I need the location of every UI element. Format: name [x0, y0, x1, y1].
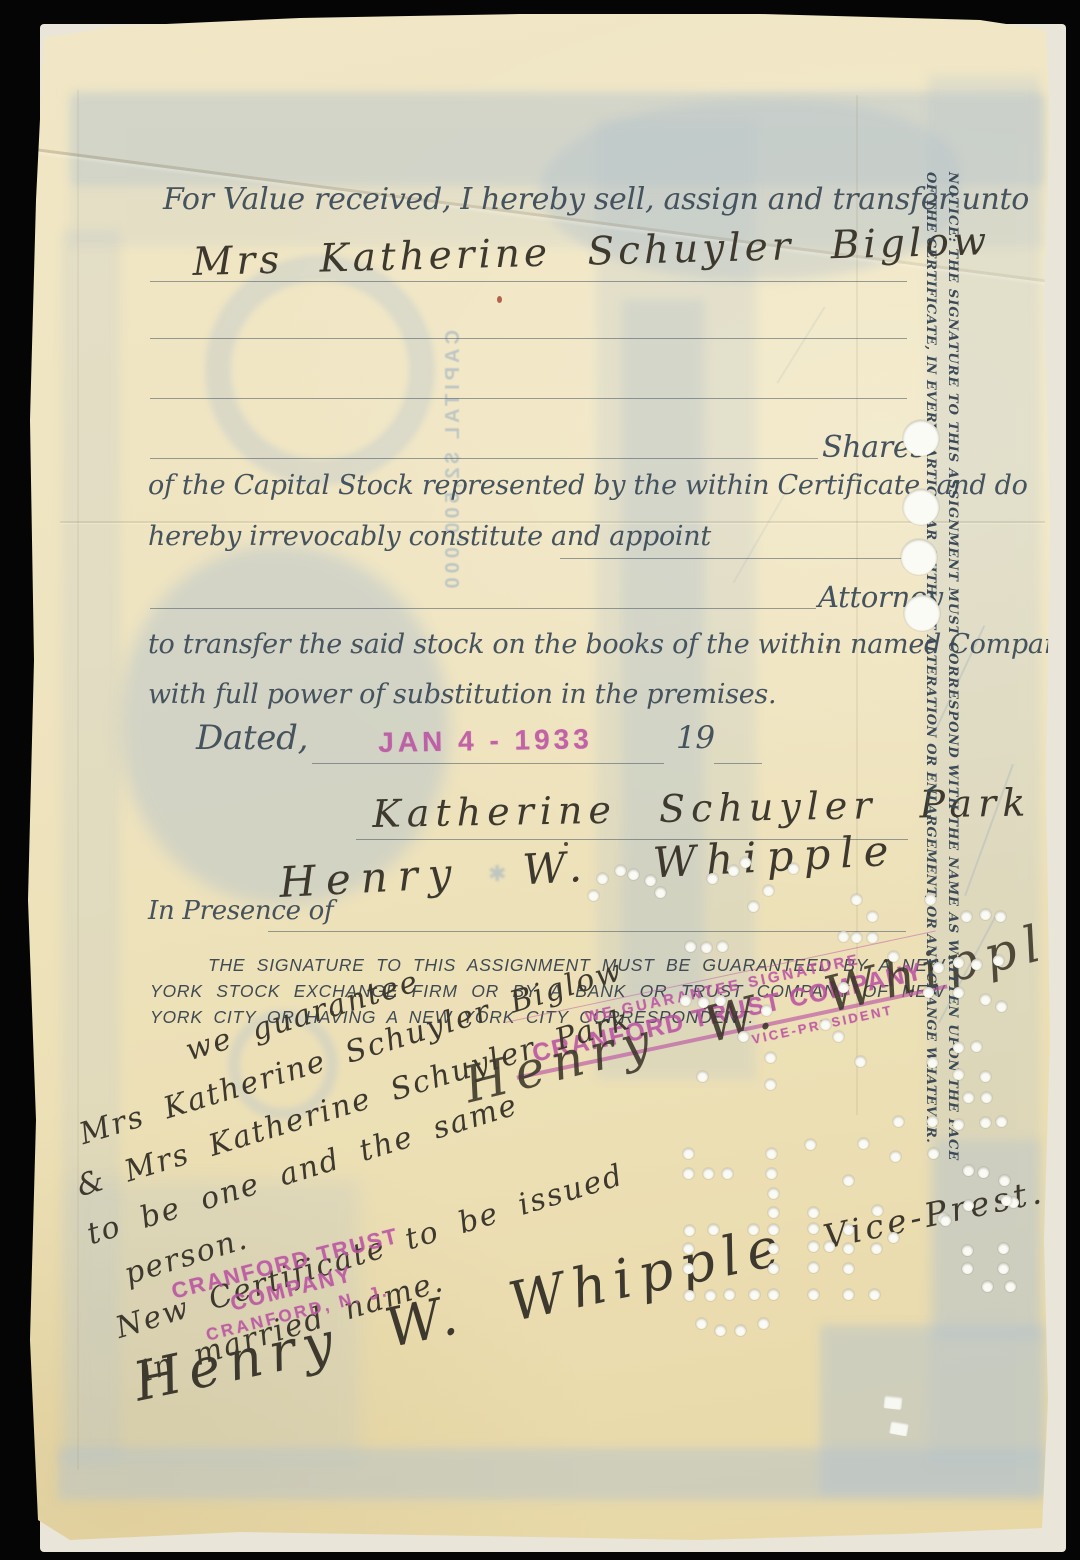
punch-hole-small [998, 1243, 1009, 1254]
punch-hole-small [993, 955, 1004, 966]
punch-hole-small [768, 1207, 779, 1218]
capital-stock-line: of the Capital Stock represented by the … [148, 470, 1028, 501]
punch-hole-small [953, 1119, 964, 1130]
punch-hole-small [963, 1092, 974, 1103]
punch-hole-small [953, 1069, 964, 1080]
punch-hole-small [824, 1241, 835, 1252]
scanned-certificate-back: CAPITAL $2,500,000 ✱ For Value received,… [0, 0, 1080, 1560]
punch-hole-small [697, 1071, 708, 1082]
punch-hole-small [933, 962, 944, 973]
punch-hole-small [927, 1057, 938, 1068]
punch-hole-large [903, 420, 939, 456]
punch-hole-small [748, 901, 759, 912]
punch-hole-small [980, 909, 991, 920]
punch-hole-small [768, 1224, 779, 1235]
punch-hole-small [766, 1168, 777, 1179]
punch-hole-small [1005, 1281, 1016, 1292]
shares-line [150, 458, 818, 459]
punch-hole-small [838, 931, 849, 942]
punch-hole-small [858, 1138, 869, 1149]
punch-hole-small [683, 1243, 694, 1254]
punch-hole-small [843, 1289, 854, 1300]
punch-hole-small [766, 1148, 777, 1159]
appoint-line: hereby irrevocably constitute and appoin… [148, 521, 711, 552]
ghost-scribble [733, 487, 790, 583]
punch-hole-small [925, 894, 936, 905]
punch-hole-small [763, 885, 774, 896]
punch-hole-small [927, 1116, 938, 1127]
punch-hole-small [808, 1223, 819, 1234]
punch-hole-small [996, 1001, 1007, 1012]
punch-hole-small [645, 875, 656, 886]
punch-hole-small [963, 1165, 974, 1176]
punch-hole-small [995, 911, 1006, 922]
punch-hole-small [971, 959, 982, 970]
ghost-seal-ring [205, 255, 435, 485]
punch-hole-small [981, 1092, 992, 1103]
punch-hole-small [833, 1031, 844, 1042]
punch-hole-small [808, 1289, 819, 1300]
fold-crease-vertical [77, 90, 79, 1470]
punch-hole-small [615, 865, 626, 876]
punch-hole-small [696, 1318, 707, 1329]
punch-hole-small [928, 1148, 939, 1159]
ghost-bottom-border [58, 1448, 1043, 1500]
punch-hole-small [768, 1188, 779, 1199]
ghost-scribble [776, 306, 825, 383]
punch-hole-small [768, 1263, 779, 1274]
punch-hole-small [867, 911, 878, 922]
punch-hole-small [683, 1168, 694, 1179]
punch-hole-small [705, 1290, 716, 1301]
punch-hole-small [738, 1031, 749, 1042]
punch-hole-small [893, 1116, 904, 1127]
punch-hole-small [703, 1168, 714, 1179]
punch-hole-small [724, 1289, 735, 1300]
punch-hole-small [597, 873, 608, 884]
punch-hole-small [808, 1207, 819, 1218]
punch-hole-small [982, 1281, 993, 1292]
punch-hole-small [888, 951, 899, 962]
punch-hole-small [707, 873, 718, 884]
opening-line: For Value received, I hereby sell, assig… [163, 182, 1029, 217]
punch-hole-small [685, 941, 696, 952]
punch-hole-small [855, 1056, 866, 1067]
punch-hole-small [628, 869, 639, 880]
punch-hole-small [953, 957, 964, 968]
punch-hole-small [843, 1175, 854, 1186]
rust-speck [497, 296, 502, 303]
punch-hole-small [808, 1241, 819, 1252]
punch-hole-small [715, 1325, 726, 1336]
punch-hole-small [851, 932, 862, 943]
punch-hole-small [872, 1205, 883, 1216]
punch-hole-small [871, 1243, 882, 1254]
punch-hole-small [963, 1200, 974, 1211]
punch-hole-small [765, 1052, 776, 1063]
punch-hole-small [953, 987, 964, 998]
ghost-bottom-right-block [820, 1325, 1045, 1495]
punch-hole-small [971, 1041, 982, 1052]
punch-hole-small [717, 941, 728, 952]
punch-hole-small [735, 1325, 746, 1336]
year-line [714, 763, 762, 764]
punch-hole-small [768, 1243, 779, 1254]
punch-hole-small [996, 1116, 1007, 1127]
punch-hole-small [961, 911, 972, 922]
punch-hole-small [655, 887, 666, 898]
punch-hole-small [869, 1289, 880, 1300]
punch-hole-small [888, 1232, 899, 1243]
punch-hole-small [761, 1005, 772, 1016]
punch-hole-small [684, 1225, 695, 1236]
punch-hole-small [980, 1071, 991, 1082]
date-stamp: JAN 4 - 1933 [378, 723, 593, 759]
attorney-fill-line [560, 558, 907, 559]
punch-hole-small [962, 1245, 973, 1256]
punch-hole-large [904, 595, 940, 631]
punch-hole-small [867, 932, 878, 943]
punch-hole-small [980, 1117, 991, 1128]
punch-hole-small [820, 1019, 831, 1030]
punch-hole-small [962, 1263, 973, 1274]
transferee-name-handwritten: Mrs Katherine Schuyler Biglow [192, 219, 991, 285]
punch-hole-small [765, 1079, 776, 1090]
punch-hole-small [715, 995, 726, 1006]
substitution-line: with full power of substitution in the p… [148, 679, 776, 710]
punch-hole-small [838, 982, 849, 993]
punch-hole-small [851, 894, 862, 905]
punch-hole-small [788, 863, 799, 874]
punch-hole-small [683, 1263, 694, 1274]
fill-line [150, 398, 907, 399]
punch-hole-small [698, 997, 709, 1008]
punch-hole-small [805, 1139, 816, 1150]
year-prefix: 19 [676, 720, 715, 756]
punch-hole-small [843, 1263, 854, 1274]
punch-hole-small [708, 1224, 719, 1235]
dated-label: Dated, [196, 718, 308, 758]
ghost-capital-text: CAPITAL $2,500,000 [442, 330, 465, 592]
punch-hole-small [728, 865, 739, 876]
punch-hole-small [588, 890, 599, 901]
punch-hole-small [998, 1263, 1009, 1274]
punch-hole-small [701, 942, 712, 953]
vertical-notice-line1: NOTICE: THE SIGNATURE TO THIS ASSIGNMENT… [941, 172, 963, 1032]
punch-hole-small [890, 1151, 901, 1162]
punch-tab [883, 1395, 902, 1410]
punch-hole-small [808, 1262, 819, 1273]
punch-hole-small [722, 1168, 733, 1179]
punch-hole-small [748, 1224, 759, 1235]
punch-hole-small [680, 995, 691, 1006]
certificate-paper: CAPITAL $2,500,000 ✱ For Value received,… [0, 0, 1080, 1560]
punch-hole-large [903, 489, 939, 525]
officer-title: Vice-Prest. [820, 1171, 1048, 1256]
punch-hole-small [683, 1148, 694, 1159]
fill-line [150, 338, 907, 339]
punch-hole-small [768, 1289, 779, 1300]
date-line [312, 763, 664, 764]
punch-hole-small [843, 1224, 854, 1235]
punch-hole-small [940, 1215, 951, 1226]
punch-hole-small [684, 1290, 695, 1301]
punch-hole-small [758, 1318, 769, 1329]
punch-hole-small [953, 1042, 964, 1053]
punch-hole-small [980, 994, 991, 1005]
punch-hole-small [740, 857, 751, 868]
attorney-line [150, 608, 816, 609]
punch-hole-small [978, 1167, 989, 1178]
punch-hole-small [843, 1243, 854, 1254]
punch-tab [889, 1421, 909, 1437]
punch-hole-small [749, 1289, 760, 1300]
punch-hole-small [1001, 1195, 1012, 1206]
punch-hole-small [923, 987, 934, 998]
punch-hole-large [901, 539, 937, 575]
punch-hole-small [999, 1175, 1010, 1186]
